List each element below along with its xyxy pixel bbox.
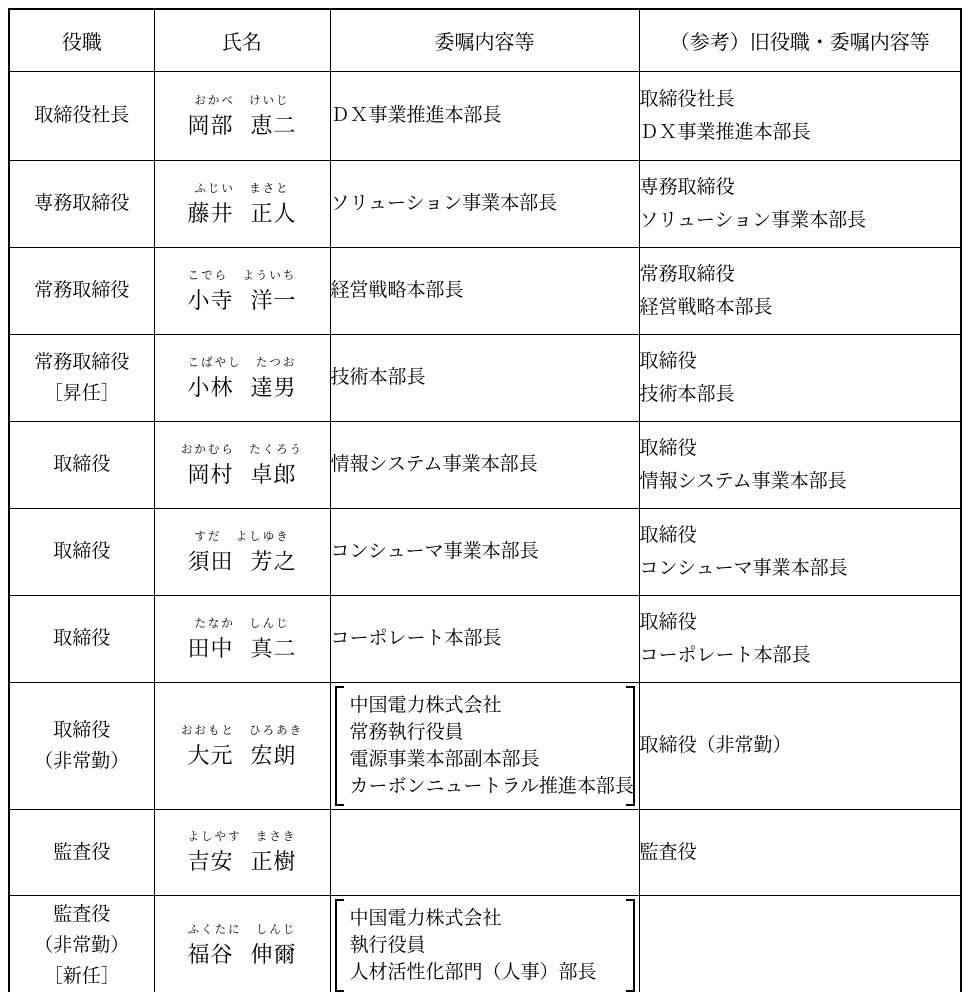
table-row: 常務取締役こでら よういち小寺 洋一経営戦略本部長常務取締役経営戦略本部長	[9, 247, 961, 334]
duty-cell: コーポレート本部長	[330, 595, 639, 682]
previous-cell: 常務取締役経営戦略本部長	[639, 247, 961, 334]
name-cell: たなか しんじ田中 真二	[154, 595, 330, 682]
duty-line: 情報システム事業本部長	[331, 451, 639, 478]
position-line: （非常勤）	[10, 746, 154, 777]
furigana: おかべ けいじ	[155, 92, 330, 108]
previous-cell: 専務取締役ソリューション事業本部長	[639, 160, 961, 247]
previous-line: ソリューション事業本部長	[640, 204, 961, 237]
duty-cell: ソリューション事業本部長	[330, 160, 639, 247]
position-line: 常務取締役	[10, 347, 154, 378]
duty-cell: 中国電力株式会社執行役員人材活性化部門（人事）部長	[330, 895, 639, 992]
previous-line: ＤＸ事業推進本部長	[640, 116, 961, 149]
position-line: 監査役	[10, 837, 154, 868]
furigana: ふじい まさと	[155, 180, 330, 196]
furigana: すだ よしゆき	[155, 528, 330, 544]
furigana: おかむら たくろう	[155, 441, 330, 457]
position-line: （非常勤）	[10, 930, 154, 961]
person-name: 小林 達男	[155, 371, 330, 402]
duty-cell: 情報システム事業本部長	[330, 421, 639, 508]
previous-cell: 監査役	[639, 809, 961, 895]
duty-line: ソリューション事業本部長	[331, 190, 639, 217]
previous-line: 取締役	[640, 345, 961, 378]
header-duty: 委嘱内容等	[330, 9, 639, 71]
person-name: 藤井 正人	[155, 197, 330, 228]
table-row: 取締役おかむら たくろう岡村 卓郎情報システム事業本部長取締役情報システム事業本…	[9, 421, 961, 508]
person-name: 田中 真二	[155, 632, 330, 663]
position-cell: 取締役	[9, 595, 154, 682]
position-line: 取締役	[10, 449, 154, 480]
duty-cell	[330, 809, 639, 895]
position-line: 取締役社長	[10, 100, 154, 131]
position-line: 取締役	[10, 715, 154, 746]
previous-line: 専務取締役	[640, 171, 961, 204]
previous-line: 取締役（非常勤）	[640, 729, 961, 762]
previous-line: 経営戦略本部長	[640, 291, 961, 324]
position-line: 常務取締役	[10, 275, 154, 306]
name-cell: おおもと ひろあき大元 宏朗	[154, 682, 330, 809]
position-line: 監査役	[10, 899, 154, 930]
person-name: 大元 宏朗	[155, 739, 330, 770]
table-row: 監査役（非常勤）［新任］ふくたに しんじ福谷 伸爾中国電力株式会社執行役員人材活…	[9, 895, 961, 992]
previous-line: 取締役	[640, 606, 961, 639]
previous-line: 技術本部長	[640, 378, 961, 411]
furigana: ふくたに しんじ	[155, 921, 330, 937]
duty-line: コンシューマ事業本部長	[331, 538, 639, 565]
person-name: 福谷 伸爾	[155, 938, 330, 969]
furigana: たなか しんじ	[155, 615, 330, 631]
duty-line: 電源事業本部副本部長	[350, 746, 620, 773]
person-name: 吉安 正樹	[155, 845, 330, 876]
duty-line: 経営戦略本部長	[331, 277, 639, 304]
name-cell: おかべ けいじ岡部 恵二	[154, 71, 330, 160]
furigana: こばやし たつお	[155, 354, 330, 370]
position-cell: 専務取締役	[9, 160, 154, 247]
name-cell: こでら よういち小寺 洋一	[154, 247, 330, 334]
duty-line: 中国電力株式会社	[350, 905, 620, 932]
previous-cell: 取締役コーポレート本部長	[639, 595, 961, 682]
name-cell: すだ よしゆき須田 芳之	[154, 508, 330, 595]
table-row: 専務取締役ふじい まさと藤井 正人ソリューション事業本部長専務取締役ソリューショ…	[9, 160, 961, 247]
duty-line: 中国電力株式会社	[350, 692, 620, 719]
position-cell: 監査役（非常勤）［新任］	[9, 895, 154, 992]
table-row: 取締役社長おかべ けいじ岡部 恵二ＤＸ事業推進本部長取締役社長ＤＸ事業推進本部長	[9, 71, 961, 160]
name-cell: ふくたに しんじ福谷 伸爾	[154, 895, 330, 992]
position-cell: 取締役（非常勤）	[9, 682, 154, 809]
previous-cell	[639, 895, 961, 992]
position-cell: 常務取締役［昇任］	[9, 334, 154, 421]
name-cell: よしやす まさき吉安 正樹	[154, 809, 330, 895]
position-cell: 取締役	[9, 508, 154, 595]
duty-cell: 技術本部長	[330, 334, 639, 421]
duty-line: 技術本部長	[331, 364, 639, 391]
previous-line: 取締役社長	[640, 83, 961, 116]
position-line: ［新任］	[10, 961, 154, 992]
officers-announcement-page: 役職 氏名 委嘱内容等 （参考）旧役職・委嘱内容等 取締役社長おかべ けいじ岡部…	[0, 0, 968, 992]
header-previous: （参考）旧役職・委嘱内容等	[639, 9, 961, 71]
duty-cell: 経営戦略本部長	[330, 247, 639, 334]
person-name: 岡部 恵二	[155, 109, 330, 140]
duty-line: ＤＸ事業推進本部長	[331, 102, 639, 129]
table-body: 取締役社長おかべ けいじ岡部 恵二ＤＸ事業推進本部長取締役社長ＤＸ事業推進本部長…	[9, 71, 961, 992]
position-line: 専務取締役	[10, 188, 154, 219]
furigana: よしやす まさき	[155, 828, 330, 844]
furigana: こでら よういち	[155, 267, 330, 283]
duty-bracket: 中国電力株式会社執行役員人材活性化部門（人事）部長	[335, 899, 635, 992]
person-name: 岡村 卓郎	[155, 458, 330, 489]
person-name: 須田 芳之	[155, 545, 330, 576]
duty-line: 人材活性化部門（人事）部長	[350, 959, 620, 986]
table-row: 監査役よしやす まさき吉安 正樹監査役	[9, 809, 961, 895]
table-row: 取締役すだ よしゆき須田 芳之コンシューマ事業本部長取締役コンシューマ事業本部長	[9, 508, 961, 595]
previous-cell: 取締役技術本部長	[639, 334, 961, 421]
duty-line: 執行役員	[350, 932, 620, 959]
duty-cell: コンシューマ事業本部長	[330, 508, 639, 595]
duty-line: カーボンニュートラル推進本部長	[350, 773, 620, 800]
previous-line: 情報システム事業本部長	[640, 465, 961, 498]
table-row: 取締役（非常勤）おおもと ひろあき大元 宏朗中国電力株式会社常務執行役員電源事業…	[9, 682, 961, 809]
duty-bracket: 中国電力株式会社常務執行役員電源事業本部副本部長カーボンニュートラル推進本部長	[335, 686, 635, 806]
position-line: ［昇任］	[10, 378, 154, 409]
previous-line: 監査役	[640, 836, 961, 869]
table-row: 常務取締役［昇任］こばやし たつお小林 達男技術本部長取締役技術本部長	[9, 334, 961, 421]
previous-cell: 取締役コンシューマ事業本部長	[639, 508, 961, 595]
previous-line: コンシューマ事業本部長	[640, 552, 961, 585]
duty-cell: ＤＸ事業推進本部長	[330, 71, 639, 160]
duty-line: 常務執行役員	[350, 719, 620, 746]
previous-cell: 取締役（非常勤）	[639, 682, 961, 809]
position-cell: 取締役社長	[9, 71, 154, 160]
previous-cell: 取締役情報システム事業本部長	[639, 421, 961, 508]
position-cell: 取締役	[9, 421, 154, 508]
previous-line: 常務取締役	[640, 258, 961, 291]
person-name: 小寺 洋一	[155, 284, 330, 315]
duty-cell: 中国電力株式会社常務執行役員電源事業本部副本部長カーボンニュートラル推進本部長	[330, 682, 639, 809]
previous-line: 取締役	[640, 432, 961, 465]
header-name: 氏名	[154, 9, 330, 71]
previous-cell: 取締役社長ＤＸ事業推進本部長	[639, 71, 961, 160]
table-row: 取締役たなか しんじ田中 真二コーポレート本部長取締役コーポレート本部長	[9, 595, 961, 682]
header-row: 役職 氏名 委嘱内容等 （参考）旧役職・委嘱内容等	[9, 9, 961, 71]
name-cell: こばやし たつお小林 達男	[154, 334, 330, 421]
position-line: 取締役	[10, 536, 154, 567]
furigana: おおもと ひろあき	[155, 722, 330, 738]
position-line: 取締役	[10, 623, 154, 654]
header-position: 役職	[9, 9, 154, 71]
officers-table: 役職 氏名 委嘱内容等 （参考）旧役職・委嘱内容等 取締役社長おかべ けいじ岡部…	[8, 8, 962, 992]
position-cell: 監査役	[9, 809, 154, 895]
duty-line: コーポレート本部長	[331, 625, 639, 652]
name-cell: おかむら たくろう岡村 卓郎	[154, 421, 330, 508]
previous-line: コーポレート本部長	[640, 639, 961, 672]
previous-line: 取締役	[640, 519, 961, 552]
position-cell: 常務取締役	[9, 247, 154, 334]
name-cell: ふじい まさと藤井 正人	[154, 160, 330, 247]
